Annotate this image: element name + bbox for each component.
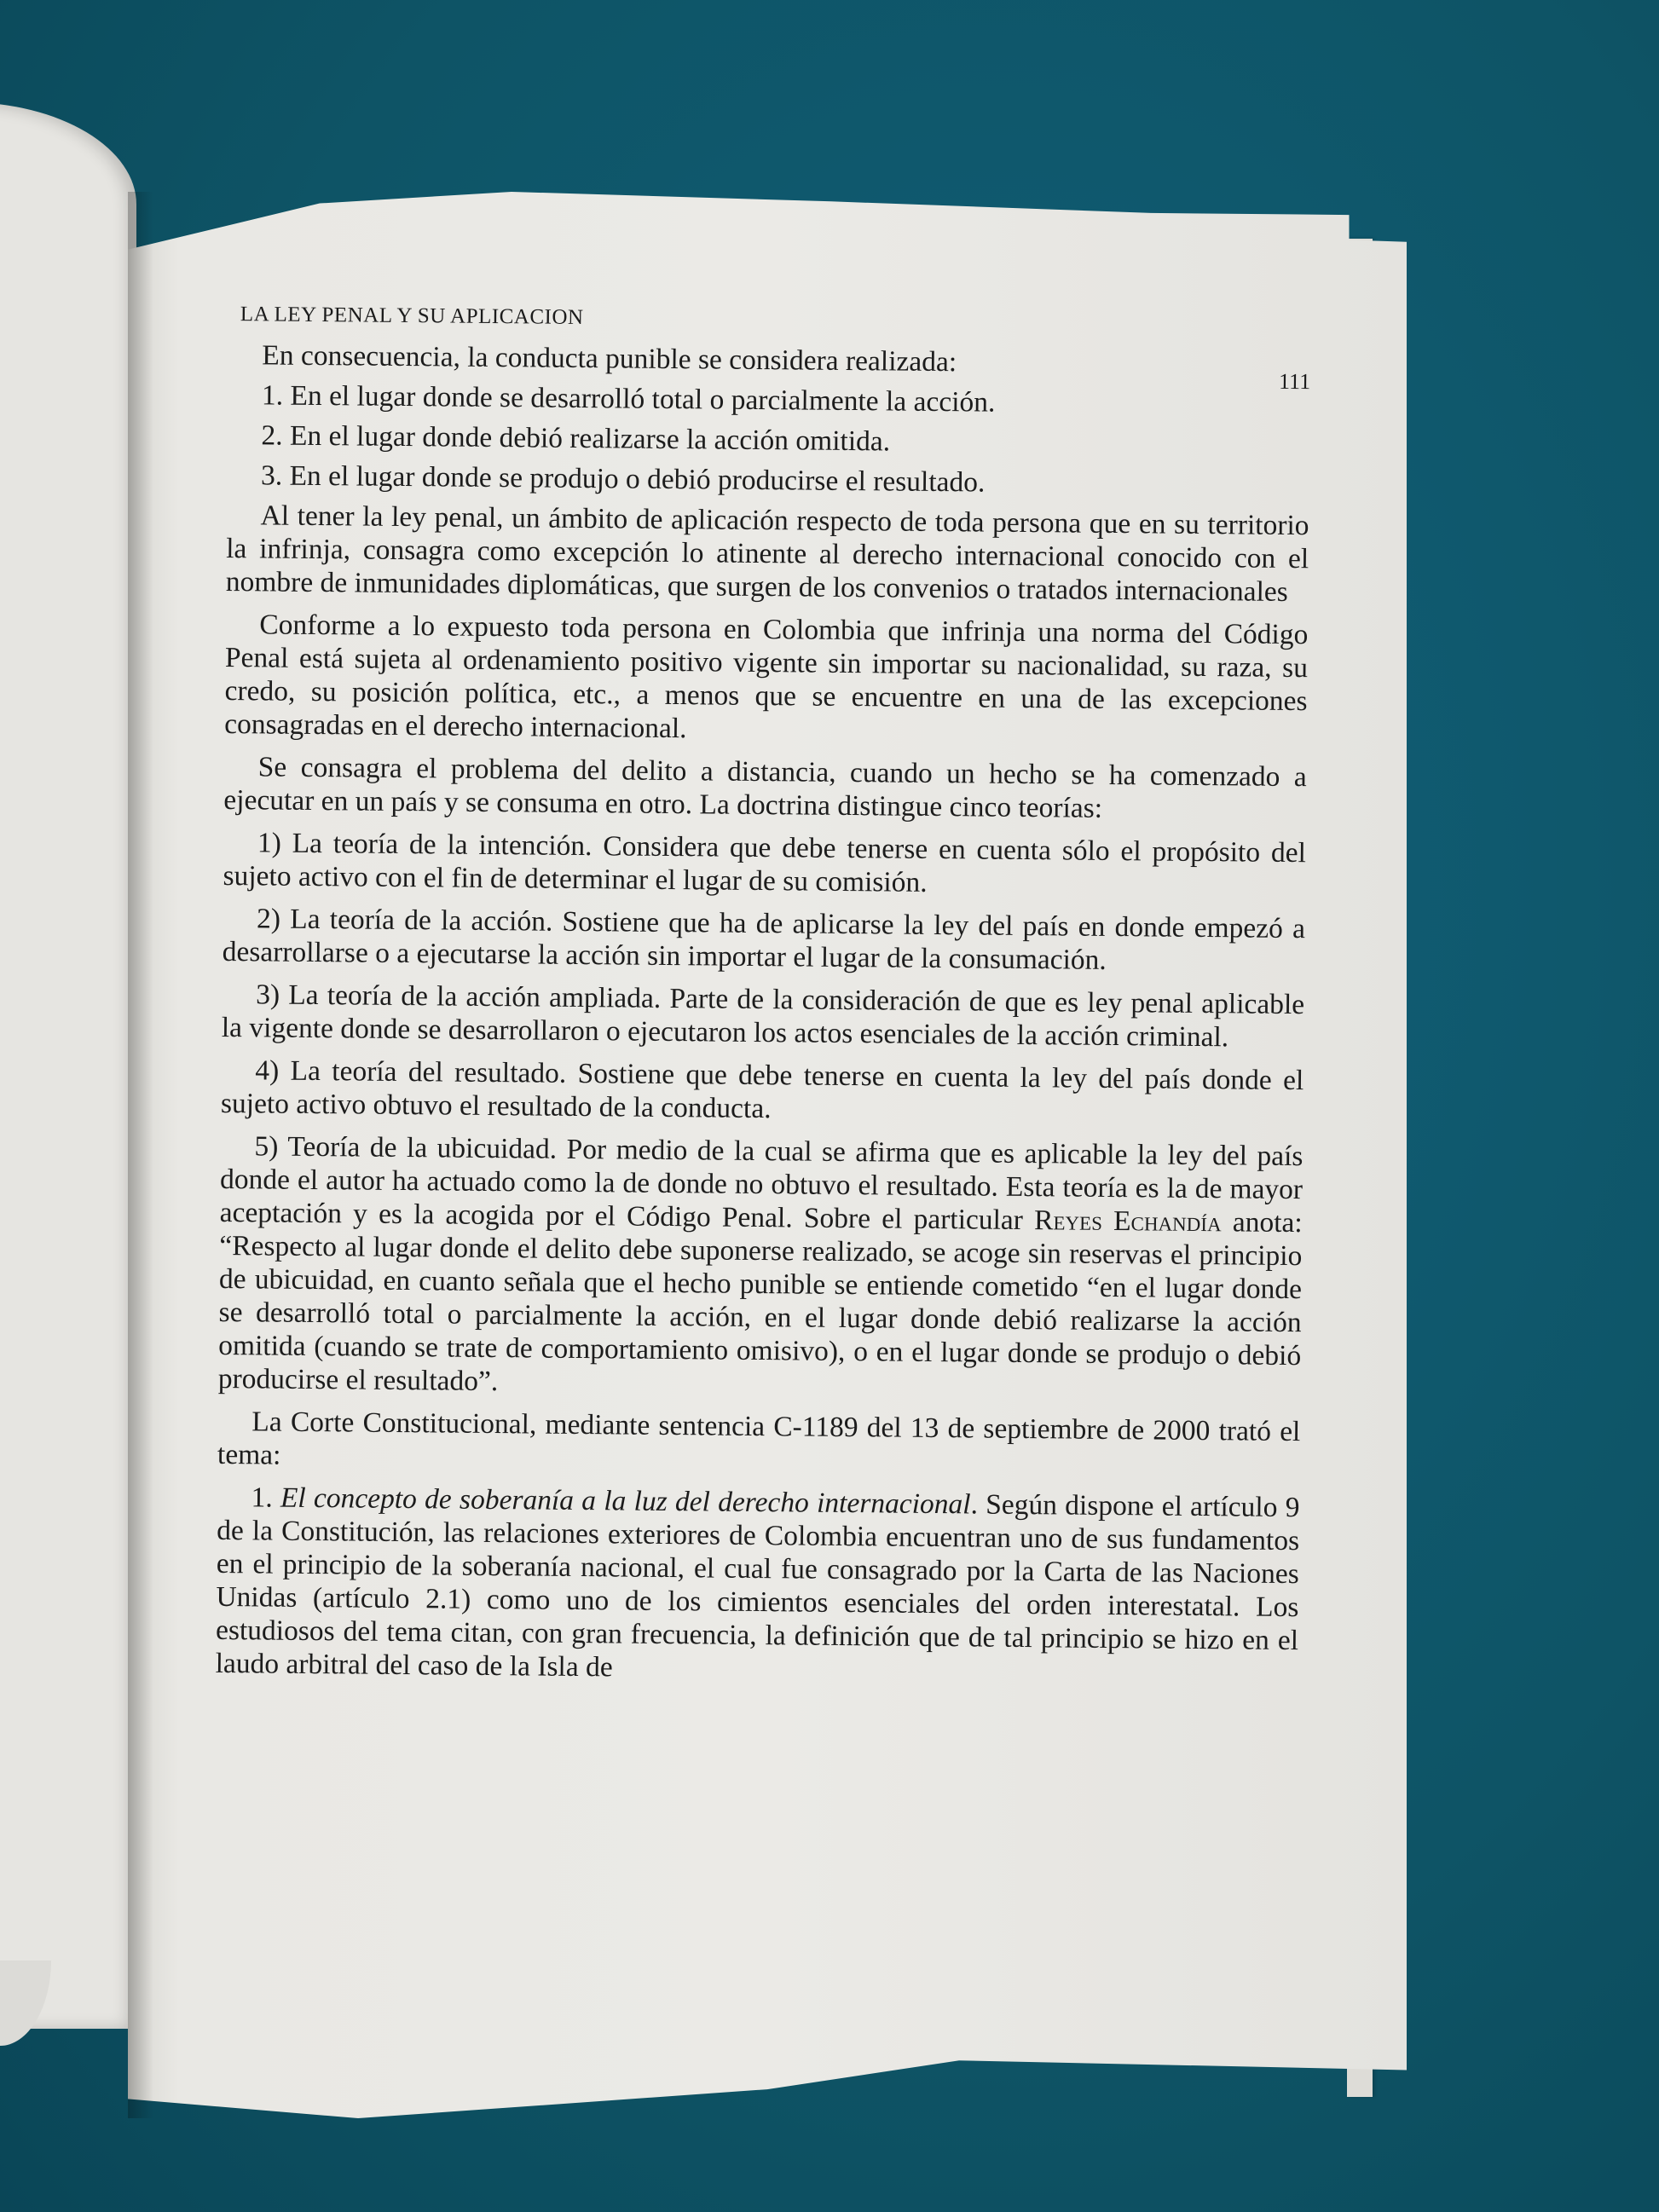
- page-number: 111: [1279, 369, 1310, 395]
- paragraph-court-ruling: La Corte Constitucional, mediante senten…: [217, 1405, 1301, 1481]
- facing-left-page: [0, 102, 136, 2029]
- cited-author: Reyes Echandía: [1034, 1204, 1222, 1238]
- list-item: 3. En el lugar donde se produjo o debió …: [227, 459, 1309, 502]
- paragraph-sovereignty: 1. El concepto de soberanía a la luz del…: [215, 1481, 1299, 1690]
- facing-left-page-edge: [0, 1961, 51, 2046]
- page-text: La Ley Penal y su Aplicacion 111 En cons…: [215, 303, 1310, 1690]
- theory-item: 1) La teoría de la intención. Considera …: [223, 826, 1306, 903]
- list-item: 1. En el lugar donde se desarrolló total…: [228, 378, 1310, 422]
- item-number: 1.: [251, 1481, 280, 1513]
- theory-item-ubiquity: 5) Teoría de la ubicuidad. Por medio de …: [218, 1129, 1303, 1406]
- theory-item: 4) La teoría del resultado. Sostiene que…: [221, 1054, 1304, 1130]
- paragraph-intro: En consecuencia, la conducta punible se …: [228, 338, 1310, 382]
- theory-item: 3) La teoría de la acción ampliada. Part…: [222, 978, 1305, 1054]
- paragraph-scope: Conforme a lo expuesto toda persona en C…: [224, 608, 1308, 751]
- paragraph-distance-crime: Se consagra el problema del delito a dis…: [223, 750, 1307, 827]
- theory-item: 2) La teoría de la acción. Sostiene que …: [223, 902, 1306, 979]
- list-item: 2. En el lugar donde debió realizarse la…: [227, 419, 1309, 462]
- gutter-shadow: [128, 192, 153, 2118]
- paragraph-immunities: Al tener la ley penal, un ámbito de apli…: [226, 499, 1309, 609]
- italic-title: El concepto de soberanía a la luz del de…: [280, 1482, 971, 1521]
